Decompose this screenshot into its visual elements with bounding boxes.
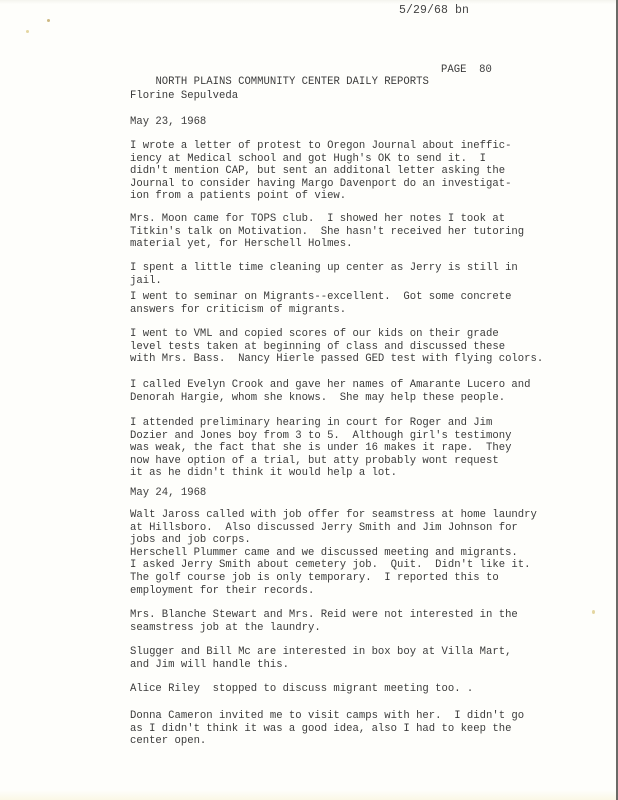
entry-paragraph: Donna Cameron invited me to visit camps … [130,710,524,748]
document-page: 5/29/68 bn NORTH PLAINS COMMUNITY CENTER… [0,0,618,800]
paper-speck [592,610,595,614]
entry-paragraph: I went to VML and copied scores of our k… [130,328,543,366]
report-header: NORTH PLAINS COMMUNITY CENTER DAILY REPO… [130,64,530,112]
entry-date: May 23, 1968 [130,116,206,129]
entry-paragraph: Mrs. Moon came for TOPS club. I showed h… [130,213,524,251]
entry-paragraph: I called Evelyn Crook and gave her names… [130,379,531,404]
entry-paragraph: I went to seminar on Migrants--excellent… [130,291,511,316]
entry-date: May 24, 1968 [130,487,206,500]
entry-paragraph: Mrs. Blanche Stewart and Mrs. Reid were … [130,609,518,634]
entry-paragraph: Slugger and Bill Mc are interested in bo… [130,646,511,671]
report-title: NORTH PLAINS COMMUNITY CENTER DAILY REPO… [155,76,428,88]
entry-paragraph: I spent a little time cleaning up center… [130,262,518,287]
paper-speck [26,30,29,33]
page-number: PAGE 80 [441,64,492,76]
entry-paragraph: Walt Jaross called with job offer for se… [130,509,537,597]
receipt-stamp: 5/29/68 bn [399,4,469,17]
paper-speck [47,19,50,22]
entry-paragraph: Alice Riley stopped to discuss migrant m… [130,683,473,696]
author-name: Florine Sepulveda [130,90,238,102]
entry-paragraph: I wrote a letter of protest to Oregon Jo… [130,140,511,203]
entry-paragraph: I attended preliminary hearing in court … [130,417,511,480]
